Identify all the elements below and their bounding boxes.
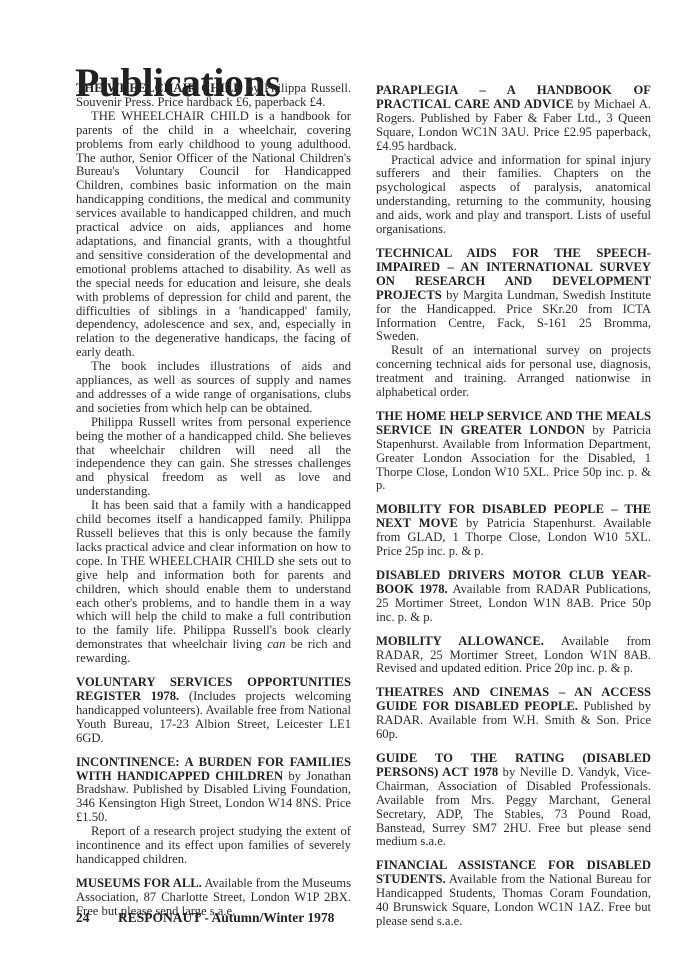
entry-paragraph: Philippa Russell writes from personal ex… bbox=[76, 416, 351, 499]
publication-entry-mobility-next-move: MOBILITY FOR DISABLED PEOPLE – THE NEXT … bbox=[376, 503, 651, 559]
publication-entry-drivers-yearbook: DISABLED DRIVERS MOTOR CLUB YEAR-BOOK 19… bbox=[376, 569, 651, 625]
publication-entry-mobility-allowance: MOBILITY ALLOWANCE. Available from RADAR… bbox=[376, 635, 651, 677]
entry-citation: VOLUNTARY SERVICES OPPORTUNITIES REGISTE… bbox=[76, 676, 351, 746]
publication-entry-incontinence: INCONTINENCE: A BURDEN FOR FAMILIES WITH… bbox=[76, 756, 351, 867]
publication-entry-rating-act: GUIDE TO THE RATING (DISABLED PERSONS) A… bbox=[376, 752, 651, 849]
entry-paragraph: It has been said that a family with a ha… bbox=[76, 499, 351, 666]
entry-citation: PARAPLEGIA – A HANDBOOK OF PRACTICAL CAR… bbox=[376, 84, 651, 154]
entry-citation: THE WHEELCHAIR CHILD by Philippa Russell… bbox=[76, 82, 351, 110]
publication-name: RESPONAUT - Autumn/Winter 1978 bbox=[118, 910, 334, 925]
page-number: 24 bbox=[76, 910, 118, 926]
entry-paragraph: THE WHEELCHAIR CHILD is a handbook for p… bbox=[76, 110, 351, 360]
publication-entry-technical-aids: TECHNICAL AIDS FOR THE SPEECH-IMPAIRED –… bbox=[376, 247, 651, 400]
entry-citation: FINANCIAL ASSISTANCE FOR DISABLED STUDEN… bbox=[376, 859, 651, 929]
entry-heading: MUSEUMS FOR ALL. bbox=[76, 876, 202, 890]
entry-citation: INCONTINENCE: A BURDEN FOR FAMILIES WITH… bbox=[76, 756, 351, 826]
entry-citation: TECHNICAL AIDS FOR THE SPEECH-IMPAIRED –… bbox=[376, 247, 651, 344]
entry-paragraph: The book includes illustrations of aids … bbox=[76, 360, 351, 416]
entry-citation: MOBILITY FOR DISABLED PEOPLE – THE NEXT … bbox=[376, 503, 651, 559]
page-footer: 24RESPONAUT - Autumn/Winter 1978 bbox=[76, 910, 334, 926]
publication-entry-financial-assistance: FINANCIAL ASSISTANCE FOR DISABLED STUDEN… bbox=[376, 859, 651, 929]
entry-citation: GUIDE TO THE RATING (DISABLED PERSONS) A… bbox=[376, 752, 651, 849]
publication-entry-theatres-cinemas: THEATRES AND CINEMAS – AN ACCESS GUIDE F… bbox=[376, 686, 651, 742]
entry-citation: MOBILITY ALLOWANCE. Available from RADAR… bbox=[376, 635, 651, 677]
entry-heading: THE WHEELCHAIR CHILD bbox=[76, 81, 242, 95]
entry-paragraph: Result of an international survey on pro… bbox=[376, 344, 651, 400]
entry-citation: THE HOME HELP SERVICE AND THE MEALS SERV… bbox=[376, 410, 651, 493]
publication-entry-home-help: THE HOME HELP SERVICE AND THE MEALS SERV… bbox=[376, 410, 651, 493]
entry-paragraph: Practical advice and information for spi… bbox=[376, 154, 651, 237]
right-column: PARAPLEGIA – A HANDBOOK OF PRACTICAL CAR… bbox=[376, 84, 651, 939]
publication-entry-voluntary-services: VOLUNTARY SERVICES OPPORTUNITIES REGISTE… bbox=[76, 676, 351, 746]
entry-citation: DISABLED DRIVERS MOTOR CLUB YEAR-BOOK 19… bbox=[376, 569, 651, 625]
publication-entry-wheelchair-child: THE WHEELCHAIR CHILD by Philippa Russell… bbox=[76, 82, 351, 666]
entry-heading: MOBILITY ALLOWANCE. bbox=[376, 634, 544, 648]
entry-citation: THEATRES AND CINEMAS – AN ACCESS GUIDE F… bbox=[376, 686, 651, 742]
entry-paragraph: Report of a research project studying th… bbox=[76, 825, 351, 867]
left-column: THE WHEELCHAIR CHILD by Philippa Russell… bbox=[76, 82, 351, 929]
emphasis: can bbox=[267, 637, 285, 651]
publication-entry-paraplegia: PARAPLEGIA – A HANDBOOK OF PRACTICAL CAR… bbox=[376, 84, 651, 237]
